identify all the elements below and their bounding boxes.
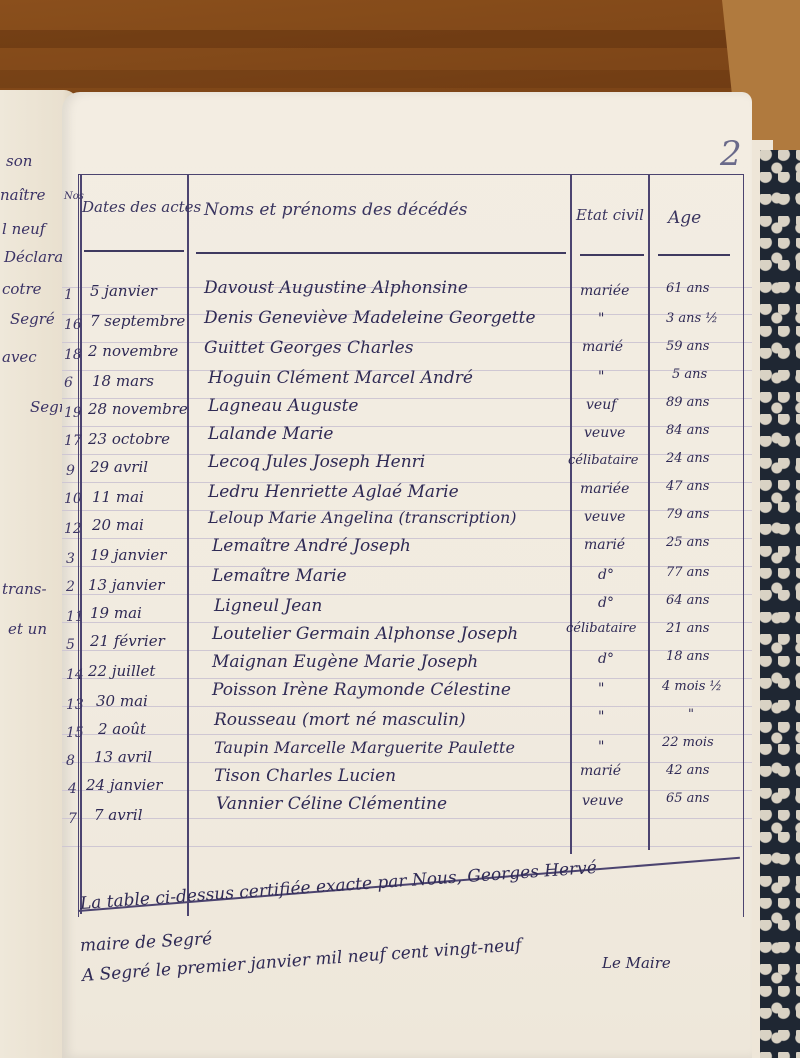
- entry-date: 21 février: [90, 634, 165, 649]
- entry-number: 12: [64, 522, 82, 536]
- entry-number: 3: [66, 552, 75, 566]
- entry-date: 2 novembre: [88, 344, 178, 359]
- deceased-name: Tison Charles Lucien: [214, 768, 396, 785]
- age-value: 84 ans: [666, 424, 709, 437]
- header-rule: [580, 254, 644, 256]
- civil-status: ": [598, 682, 604, 696]
- age-value: 65 ans: [666, 792, 709, 805]
- age-value: 79 ans: [666, 508, 709, 521]
- entry-number: 6: [64, 376, 73, 390]
- deceased-name: Davoust Augustine Alphonsine: [204, 280, 468, 297]
- civil-status: d°: [598, 568, 614, 582]
- deceased-name: Rousseau (mort né masculin): [214, 712, 466, 729]
- mayor-signature: Le Maire: [602, 956, 671, 971]
- civil-status: d°: [598, 652, 614, 666]
- entry-number: 2: [66, 580, 75, 594]
- left-text: son: [6, 152, 32, 170]
- left-text: avec: [2, 348, 37, 366]
- age-value: 89 ans: [666, 396, 709, 409]
- left-text: cotre: [2, 280, 42, 298]
- age-value: 4 mois ½: [662, 680, 722, 693]
- civil-status: célibataire: [568, 454, 638, 467]
- deceased-name: Lemaître André Joseph: [212, 538, 411, 555]
- header-etat-civil: Etat civil: [576, 208, 644, 223]
- deceased-name: Hoguin Clément Marcel André: [208, 370, 473, 387]
- age-value: ": [688, 708, 694, 721]
- deceased-name: Ligneul Jean: [214, 598, 322, 615]
- header-rule: [196, 252, 566, 254]
- entry-number: 19: [64, 406, 82, 420]
- entry-number: 5: [66, 638, 75, 652]
- civil-status: mariée: [580, 284, 629, 298]
- entry-number: 7: [68, 812, 77, 826]
- civil-status: ": [598, 370, 604, 384]
- age-value: 3 ans ½: [666, 312, 718, 325]
- entry-date: 7 septembre: [90, 314, 185, 329]
- civil-status: marié: [584, 538, 625, 552]
- register-page: 2 Nos Dates des actes Noms et prénoms de…: [62, 92, 752, 1058]
- deceased-name: Ledru Henriette Aglaé Marie: [208, 484, 459, 501]
- entry-number: 11: [66, 610, 84, 624]
- entry-number: 17: [64, 434, 82, 448]
- entry-date: 23 octobre: [88, 432, 170, 447]
- deceased-name: Taupin Marcelle Marguerite Paulette: [214, 740, 515, 756]
- wood-grain: [0, 70, 800, 88]
- marbled-book-edge: [760, 150, 800, 1058]
- entry-number: 1: [64, 288, 73, 302]
- age-value: 24 ans: [666, 452, 709, 465]
- age-value: 21 ans: [666, 622, 709, 635]
- entry-number: 9: [66, 464, 75, 478]
- age-value: 25 ans: [666, 536, 709, 549]
- civil-status: veuf: [586, 398, 616, 412]
- entry-number: 10: [64, 492, 82, 506]
- deceased-name: Poisson Irène Raymonde Célestine: [212, 682, 511, 699]
- deceased-name: Denis Geneviève Madeleine Georgette: [204, 310, 536, 327]
- age-value: 59 ans: [666, 340, 709, 353]
- header-number: Nos: [64, 192, 84, 202]
- civil-status: ": [598, 312, 604, 326]
- deceased-name: Lalande Marie: [208, 426, 333, 443]
- column-rule: [570, 174, 572, 854]
- civil-status: ": [598, 710, 604, 724]
- deceased-name: Loutelier Germain Alphonse Joseph: [212, 626, 518, 643]
- entry-date: 19 mai: [90, 606, 142, 621]
- entry-date: 13 avril: [94, 750, 152, 765]
- entry-number: 15: [66, 726, 84, 740]
- entry-date: 20 mai: [92, 518, 144, 533]
- header-rule: [658, 254, 730, 256]
- entry-date: 30 mai: [96, 694, 148, 709]
- entry-number: 16: [64, 318, 82, 332]
- left-text: l neuf: [2, 220, 45, 238]
- entry-date: 19 janvier: [90, 548, 166, 563]
- left-text: naître: [0, 186, 45, 204]
- entry-date: 11 mai: [92, 490, 144, 505]
- deceased-name: Lagneau Auguste: [208, 398, 358, 415]
- deceased-name: Guittet Georges Charles: [204, 340, 413, 357]
- age-value: 61 ans: [666, 282, 709, 295]
- left-text: trans-: [2, 580, 47, 598]
- entry-date: 24 janvier: [86, 778, 162, 793]
- civil-status: marié: [582, 340, 623, 354]
- civil-status: ": [598, 740, 604, 754]
- left-text: Déclara: [4, 248, 63, 266]
- entry-date: 13 janvier: [88, 578, 164, 593]
- header-dates: Dates des actes: [82, 200, 201, 215]
- entry-number: 8: [66, 754, 75, 768]
- column-rule: [80, 174, 82, 914]
- age-value: 77 ans: [666, 566, 709, 579]
- age-value: 47 ans: [666, 480, 709, 493]
- entry-date: 18 mars: [92, 374, 154, 389]
- column-rule: [187, 174, 189, 916]
- civil-status: célibataire: [566, 622, 636, 635]
- entry-date: 29 avril: [90, 460, 148, 475]
- entry-number: 18: [64, 348, 82, 362]
- entry-date: 5 janvier: [90, 284, 157, 299]
- deceased-name: Lecoq Jules Joseph Henri: [208, 454, 425, 471]
- left-text: et un: [8, 620, 47, 638]
- civil-status: mariée: [580, 482, 629, 496]
- page-number: 2: [720, 134, 742, 174]
- entry-date: 2 août: [98, 722, 146, 737]
- entry-date: 28 novembre: [88, 402, 188, 417]
- certification-line-2: maire de Segré: [80, 931, 213, 955]
- age-value: 22 mois: [662, 736, 714, 749]
- age-value: 42 ans: [666, 764, 709, 777]
- entry-number: 14: [66, 668, 84, 682]
- civil-status: d°: [598, 596, 614, 610]
- civil-status: veuve: [582, 794, 623, 808]
- column-rule: [648, 174, 650, 850]
- civil-status: veuve: [584, 426, 625, 440]
- header-rule: [84, 250, 184, 252]
- entry-number: 13: [66, 698, 84, 712]
- left-text: Segré: [10, 310, 55, 328]
- civil-status: veuve: [584, 510, 625, 524]
- age-value: 5 ans: [672, 368, 707, 381]
- header-age: Age: [668, 210, 701, 227]
- age-value: 18 ans: [666, 650, 709, 663]
- entry-number: 4: [68, 782, 77, 796]
- deceased-name: Lemaître Marie: [212, 568, 347, 585]
- entry-date: 22 juillet: [88, 664, 155, 679]
- wood-grain: [0, 30, 800, 48]
- deceased-name: Maignan Eugène Marie Joseph: [212, 654, 478, 671]
- deceased-name: Leloup Marie Angelina (transcription): [208, 510, 517, 526]
- deceased-name: Vannier Céline Clémentine: [216, 796, 447, 813]
- header-names: Noms et prénoms des décédés: [204, 202, 467, 219]
- entry-date: 7 avril: [94, 808, 143, 823]
- civil-status: marié: [580, 764, 621, 778]
- age-value: 64 ans: [666, 594, 709, 607]
